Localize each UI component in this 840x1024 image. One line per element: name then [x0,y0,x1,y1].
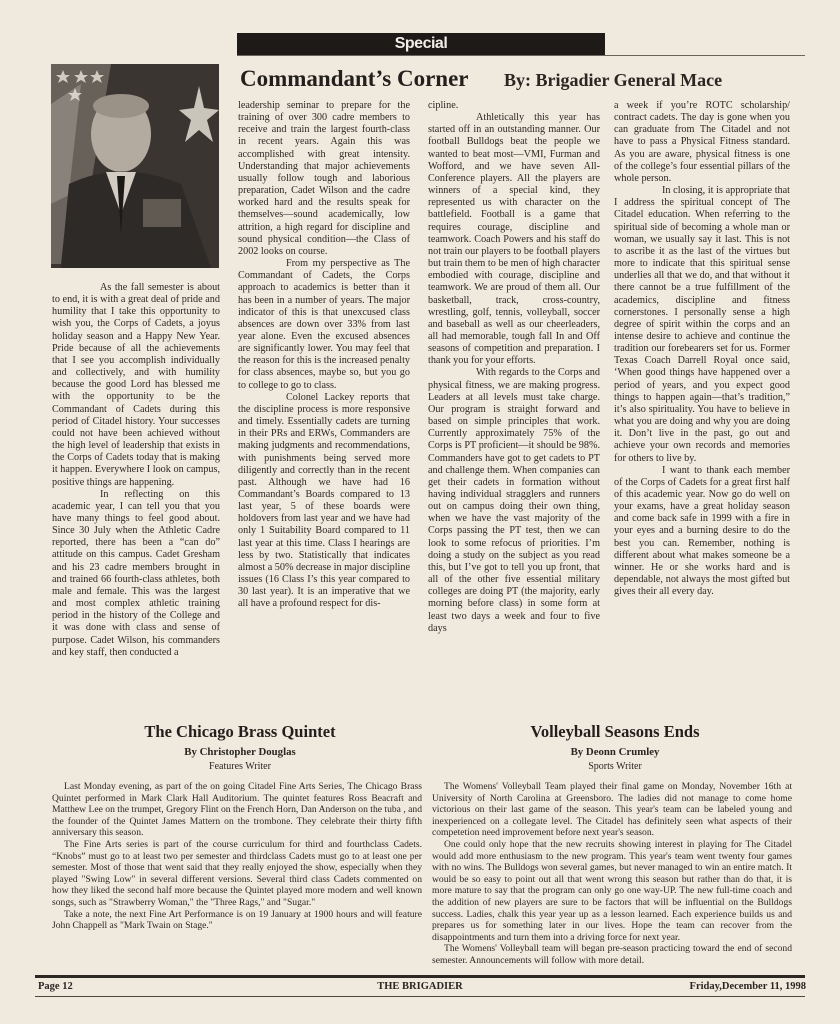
paragraph: One could only hope that the new recruit… [432,839,792,943]
paragraph: In closing, it is appropriate that I add… [614,185,790,465]
article-column-3: cipline. Athletically this year has star… [428,100,600,635]
footer-divider-bottom [35,996,805,997]
volleyball-article-body: The Womens' Volleyball Team played their… [432,781,792,967]
paragraph: The Fine Arts series is part of the cour… [52,839,422,909]
footer-divider-top [35,975,805,978]
article-column-2: leadership seminar to prepare for the tr… [238,100,410,611]
paragraph: The Womens' Volleyball Team played their… [432,781,792,839]
paragraph: I want to thank each member of the Corps… [614,465,790,599]
section-label: Special [395,35,448,53]
brass-headline: The Chicago Brass Quintet [45,722,435,742]
volleyball-headline: Volleyball Seasons Ends [425,722,805,742]
main-headline: Commandant’s Corner [240,66,469,92]
top-divider [237,55,805,56]
paragraph: The Womens' Volleyball team will began p… [432,943,792,966]
brass-writer-role: Features Writer [45,761,435,772]
paragraph: From my perspective as The Commandant of… [238,258,410,392]
commandant-photo [51,64,219,268]
paragraph: a week if you’re ROTC scholarship/ contr… [614,100,790,185]
section-banner: Special [237,33,605,55]
paragraph: With regards to the Corps and physical f… [428,367,600,634]
paragraph: As the fall semester is about to end, it… [52,282,220,489]
article-column-4: a week if you’re ROTC scholarship/ contr… [614,100,790,598]
volleyball-writer-role: Sports Writer [425,761,805,772]
brass-article-body: Last Monday evening, as part of the on g… [52,781,422,932]
paragraph: leadership seminar to prepare for the tr… [238,100,410,258]
paragraph: Athletically this year has started off i… [428,112,600,367]
brass-byline: By Christopher Douglas [45,746,435,758]
article-column-1: As the fall semester is about to end, it… [52,282,220,659]
paragraph: In reflecting on this academic year, I c… [52,489,220,659]
volleyball-byline: By Deonn Crumley [425,746,805,758]
newspaper-page: Special Commandant’s Corner By: Brigadie… [0,0,840,1024]
portrait-image [51,64,219,268]
paragraph: cipline. [428,100,600,112]
main-byline: By: Brigadier General Mace [504,70,722,91]
paragraph: Last Monday evening, as part of the on g… [52,781,422,839]
paragraph: Take a note, the next Fine Art Performan… [52,909,422,932]
issue-date: Friday,December 11, 1998 [690,981,806,992]
paragraph: Colonel Lackey reports that the discipli… [238,392,410,611]
